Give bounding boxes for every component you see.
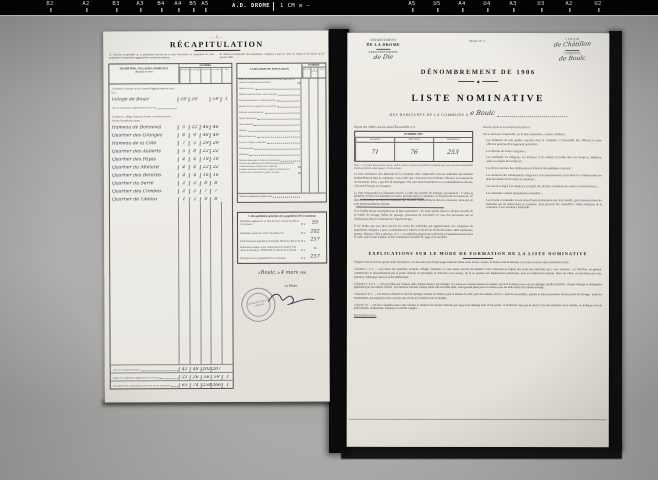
canton-value: de Châtillon	[542, 40, 603, 49]
column-label: de femmes	[310, 67, 318, 77]
ruler-label: A4	[174, 1, 181, 7]
scale-label: 1 CM ≡ —	[280, 3, 311, 9]
commune-value: de Boulc	[542, 54, 603, 63]
table-row: Quartier du Mollard 4 4 22 22	[110, 162, 232, 171]
table-row: Quartier des Payas 4 4 18 18	[110, 154, 232, 163]
arrondissement-value: de Die	[354, 53, 413, 62]
nota-text: Nota. — Le maire doit s'assurer que les …	[354, 164, 473, 170]
intro-a: A. Tableau récapitulatif de la populatio…	[109, 53, 214, 60]
ruler-label: A3	[509, 1, 516, 7]
model-number: Modèle N° 2.	[442, 38, 512, 62]
report-table: NOMBRE DES MAISONSMÉNAGESHABITANTS 71762…	[354, 131, 473, 162]
ruler-label: B2	[46, 1, 53, 7]
locality-name: Hameau de la Côte	[109, 141, 177, 146]
subtitle-prefix: DES HABITANTS DE LA COMMUNE d	[390, 113, 469, 117]
ruler-label: B4	[157, 1, 164, 7]
column-label: MAISONS	[355, 138, 394, 142]
place-handwritten: Boulc,	[261, 270, 277, 276]
ruler-label: A3	[136, 1, 143, 7]
table-a-filler	[110, 202, 233, 365]
paragraph: Il ne faudra qu'une inscription sur la l…	[354, 210, 473, 222]
signature-block: A Boulc, le 4 mars 1906. MAIRIE DE BOULC…	[237, 270, 327, 334]
table-a-totals: Total de la population éparse 42 48 202 …	[111, 364, 233, 389]
list-intro: On ne doit pas comprendre sur la liste n…	[483, 132, 602, 136]
table-b-header: CATÉGORIES DE POPULATION NOMBRE d'hommes…	[237, 63, 325, 78]
continuation-line: lieu de séjour et ses moyens d'existence…	[483, 125, 602, 129]
intro-b: B. Tableau récapitulatif des populations…	[220, 53, 325, 60]
main-title: LISTE NOMINATIVE	[354, 94, 602, 104]
column-label: MÉNAGES	[394, 138, 433, 142]
page-number: — 2 —	[108, 34, 325, 40]
table-b-categories: CATÉGORIES DE POPULATION NOMBRE d'hommes…	[236, 62, 327, 202]
locality-name: Quartier des Payas	[109, 157, 177, 162]
table-row: Quartier de l'Adoux 1 2 8 8	[110, 194, 232, 203]
table-a-columns: de maisonsde ménagesd'hommesde femmesTot…	[179, 68, 231, 83]
exclusion-list: Les militaires de tous grades casernés d…	[483, 139, 602, 211]
table-b-columns: d'hommesde femmestotaux	[302, 67, 325, 77]
list-item: Les membres des communautés religieuses …	[483, 174, 602, 182]
column-label: d'hommes	[200, 68, 210, 83]
table-a-head-label: QUARTIERS, VILLAGES, HAMEAUX	[120, 67, 169, 70]
table-b-total-row: Total de la population comptée à part	[238, 192, 326, 201]
paragraph: La liste nominative des habitants de la …	[354, 173, 473, 189]
title-rule	[194, 50, 240, 51]
paragraph: Colonne 10. — On fera connaître dans cet…	[354, 303, 602, 311]
ruler-label: A5	[201, 1, 208, 7]
footer-note: Voir la suite au verso.	[354, 314, 602, 317]
table-row: Quartier des Bérards 4 4 16 16	[110, 170, 232, 179]
explanations-heading: EXPLICATIONS SUR LE MODE DE FORMATION DE…	[354, 251, 602, 256]
dept-name: DE LA DROME	[354, 42, 412, 47]
locality-name: Hameau de Bonneval	[109, 125, 177, 130]
ruler-label: A4	[458, 1, 465, 7]
table-row: Hameau de Bonneval 5 22 46 46	[110, 122, 232, 131]
film-ruler: B2A2B3A3B4A4B5A5 A.D. DROME 1 CM ≡ — A5U…	[0, 0, 658, 16]
paragraph: Colonnes 1 et 2. — Les noms des quartier…	[354, 268, 602, 280]
left-column: Report des chiffres inscrits dans l'État…	[354, 125, 473, 244]
table-row: Hameau de la Côte 7 5 29 29	[110, 138, 232, 147]
report-value: 253	[447, 148, 459, 155]
column-label: totaux	[318, 67, 326, 77]
column-label: Total	[221, 68, 231, 83]
section1-label-row: 1° Quartiers, maisons ou rues formant l'…	[109, 84, 231, 95]
scanned-census-document: B2A2B3A3B4A4B5A5 A.D. DROME 1 CM ≡ — A5U…	[0, 0, 658, 480]
right-page-liste-nominative: DÉPARTEMENT DE LA DROME ARRONDISSEMENT d…	[347, 33, 610, 447]
mayor-signature	[265, 288, 317, 308]
column-label: d'hommes	[302, 67, 310, 77]
locality-name: Quartier du Serre	[110, 181, 178, 186]
page-bottom-shadow	[341, 446, 622, 459]
report-line: Report des chiffres inscrits dans l'État…	[354, 125, 473, 129]
recap-value: 202	[306, 228, 324, 234]
list-item: Les individus campés (populations nomade…	[483, 192, 602, 196]
locality-name: Quartier du Mollard	[110, 165, 178, 170]
paragraph: Chaque nom ne recevra qu'une seule inscr…	[354, 261, 602, 265]
total-row: Report de la population agglomérée au ch…	[111, 372, 233, 381]
table-row: Quartier des Auberts 5 8 22 22	[110, 146, 232, 155]
table-row: Quartier du Serre 2 2 8 8	[110, 178, 232, 187]
ruler-label: U2	[594, 1, 601, 7]
ruler-label: U4	[483, 1, 490, 7]
total-row: Total de la population éparse 42 48 202 …	[111, 364, 233, 373]
list-item: Les détenus de toutes catégories ;	[483, 150, 602, 154]
date-line: A Boulc, le 4 mars 1906.	[237, 270, 327, 276]
locality-name: Quartier des Bérards	[110, 173, 178, 178]
list-item: Les forains et nomades vivant dans d'aut…	[483, 199, 602, 211]
locality-name: Quartier des Combes	[110, 189, 178, 194]
ruler-label: B3	[112, 1, 119, 7]
recap-row: Population comptée à part conformément à…	[240, 245, 324, 251]
list-item: Les ouvriers logés à la résidence except…	[483, 185, 602, 189]
paragraph: Il n'y faudra pas non plus inscrire les …	[354, 225, 473, 241]
locality-name: Village de Boulc	[109, 97, 177, 102]
list-item: Les militaires de tous grades casernés d…	[483, 139, 602, 147]
department-box: DÉPARTEMENT DE LA DROME ARRONDISSEMENT d…	[354, 38, 412, 62]
heading-rule	[463, 258, 493, 259]
table-b-head-label: CATÉGORIES DE POPULATION	[237, 63, 301, 77]
recap-row: Population éparse (2e section du tableau…	[240, 228, 324, 234]
list-item: Les vieillards, les indigents, les infir…	[483, 156, 602, 164]
column-label: de maisons	[179, 68, 189, 83]
table-a-header: QUARTIERS, VILLAGES, HAMEAUX (hameaux ou…	[109, 64, 231, 85]
list-item: Les élèves internes des établissements d…	[483, 167, 602, 171]
paragraph: Colonnes 3, 4 et 5. — On procédera par m…	[354, 282, 602, 290]
recap-value: »	[306, 245, 324, 251]
date-handwritten: 4 mars	[281, 270, 298, 276]
report-value: 76	[410, 148, 419, 155]
section-c-rows: Population agglomérée au chef-lieu (1re …	[240, 220, 324, 260]
recap-value: 257	[306, 237, 324, 243]
table-b-filler	[238, 174, 326, 192]
ornament: ◆	[354, 79, 602, 84]
ruler-label: A2	[565, 1, 572, 7]
locality-name: Quartier de l'Adoux	[110, 197, 178, 202]
commune-handwritten: e Boulc	[470, 109, 496, 117]
ruler-label: B5	[189, 1, 196, 7]
recap-value: 257	[306, 254, 324, 260]
recap-row: Total général de la population de la com…	[240, 254, 324, 260]
right-column: lieu de séjour et ses moyens d'existence…	[483, 125, 602, 244]
table-b-rows: Militaires et marins des armées de terre…	[237, 78, 325, 174]
locality-name: Quartier des Auberts	[109, 149, 177, 154]
column-label: de ménages	[190, 68, 200, 83]
table-a-population: QUARTIERS, VILLAGES, HAMEAUX (hameaux ou…	[108, 63, 233, 390]
section2-label-row: 2° Quartiers, villages, hameaux, fermes …	[110, 110, 232, 123]
column-label: HABITANTS	[433, 138, 472, 142]
ruler-label: U5	[433, 1, 440, 7]
section1-row: Village de Boulc 20 20 59 1	[109, 94, 231, 103]
canton-box: CANTON de Châtillon COMMUNE de Boulc	[542, 38, 602, 62]
table-row: Quartier des Combes 2 2 7 7	[110, 186, 232, 195]
total-row: Total général de la population inscrite …	[111, 380, 233, 389]
recap-value: 55	[306, 220, 324, 226]
ruler-label: A5	[408, 1, 415, 7]
explanations-paragraphs: Chaque nom ne recevra qu'une seule inscr…	[354, 261, 602, 311]
table-a-rows: Hameau de Bonneval 5 22 46 46 Quartier d…	[110, 122, 232, 203]
recap-title: RÉCAPITULATION	[108, 40, 325, 50]
recap-row: Total formant la population municipale (…	[240, 237, 324, 243]
ruler-label: A2	[82, 1, 89, 7]
left-page-recapitulation: — 2 — RÉCAPITULATION A. Tableau récapitu…	[103, 31, 330, 403]
ruler-label: U3	[537, 1, 544, 7]
archive-label: A.D. DROME	[232, 3, 270, 9]
general-recap-box: C. Récapitulation générale de la populat…	[237, 211, 327, 264]
table-row: Quartier des Granges 8 9 48 49	[110, 130, 232, 139]
table-a-head-sub: (hameaux ou rues)	[135, 72, 152, 74]
paragraph: Colonnes 6 et 7. — On inscrira d'abord l…	[354, 293, 602, 301]
locality-name: Quartier des Granges	[109, 133, 177, 138]
section-c-title: C. Récapitulation générale de la populat…	[240, 214, 324, 217]
fold-crease	[349, 419, 607, 420]
ruler-divider	[273, 2, 274, 11]
report-value: 71	[371, 148, 380, 155]
column-label: de femmes	[211, 68, 221, 83]
denombrement-title: DÉNOMBREMENT DE 1906	[354, 69, 602, 76]
recap-row: Population agglomérée au chef-lieu (1re …	[240, 220, 324, 226]
page-right-edge-shadow	[609, 31, 622, 451]
subtitle-line: DES HABITANTS DE LA COMMUNE d e Boulc	[354, 109, 602, 117]
report-table-values: 7176253	[355, 143, 472, 161]
